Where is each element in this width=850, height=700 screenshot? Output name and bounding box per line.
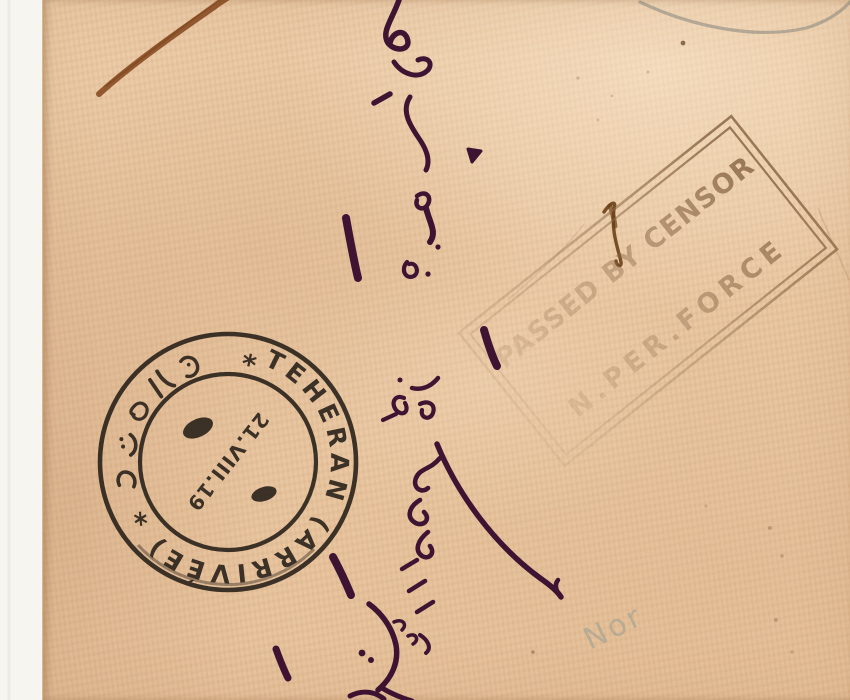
script-dot [425,271,430,276]
script-dash [402,560,417,569]
marks-overlay: PASSED BY CENSOR N.PER.FORCE TEHERAN (AR… [0,0,850,700]
ink-speck [780,554,783,557]
script-stroke [374,94,390,103]
persian-dot [121,444,126,449]
script-stroke [394,59,430,75]
svg-text:Nor: Nor [578,598,649,657]
script-tail-hook [556,580,561,597]
script-stroke [404,262,417,277]
postmark-persian-arc [117,355,201,490]
ink-speck [597,119,600,122]
script-dot [368,657,374,663]
script-stroke [350,692,384,699]
ink-speck [705,505,708,508]
script-dash [409,581,425,591]
postmark-star-bottom: * [127,501,163,532]
ink-blot [249,483,278,504]
script-stroke [394,621,404,630]
crayon-line-edge [106,0,219,86]
pencil-note: Nor [578,598,649,657]
script-stroke [369,604,397,690]
script-stroke [415,458,440,490]
persian-dot [119,437,124,442]
persian-glyph [127,435,138,456]
script-dot [435,244,440,249]
ink-speck [647,71,650,74]
svg-text:*: * [127,501,163,532]
censor-stamp: PASSED BY CENSOR N.PER.FORCE [459,116,837,466]
script-alef [346,218,358,278]
script-stroke [394,397,407,413]
script-stroke [418,532,432,557]
ink-speck [611,95,614,98]
script-stroke [406,97,428,170]
persian-glyph [147,369,174,397]
postmark-stamp: TEHERAN (ARRIVÉE) * * 21.VIII.19 [100,334,356,590]
script-dot [359,650,366,657]
censor-box-outer [459,116,837,466]
persian-glyph [117,471,136,490]
crayon-stroke [99,0,227,94]
ink-speck [576,76,579,79]
script-stroke [420,402,434,417]
censor-box-inner [470,127,826,454]
script-stroke [333,557,351,595]
censor-line2: N.PER.FORCE [563,232,793,424]
script-stroke [410,500,427,524]
ink-speck [681,41,686,46]
script-dash [417,602,433,612]
script-stroke [412,378,438,389]
script-dot [468,149,481,162]
ink-speck [768,526,772,530]
envelope-scan: PASSED BY CENSOR N.PER.FORCE TEHERAN (AR… [0,0,850,700]
script-tail [437,444,561,597]
persian-glyph [129,400,150,422]
pencil-curve-top [640,2,850,32]
script-dot [398,378,403,383]
crayon-line-main [99,0,227,94]
script-stroke [408,635,417,644]
persian-dot [186,362,191,367]
script-stroke [386,0,408,49]
script-stroke [426,208,433,242]
ink-blot [180,413,217,443]
ink-speck [790,650,793,653]
ink-speck [774,618,778,622]
script-stroke [276,649,288,678]
script-stroke [382,688,412,700]
script-stroke [420,635,429,653]
persian-glyph [180,355,200,378]
ink-speck [531,650,535,654]
script-stroke [383,414,396,420]
